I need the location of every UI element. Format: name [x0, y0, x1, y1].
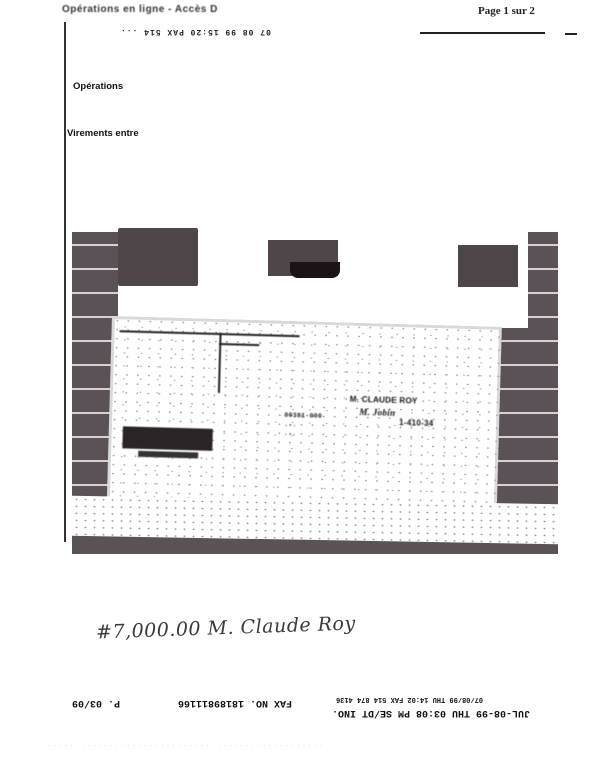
scan-artifact [290, 262, 340, 278]
fax-number: FAX NO. 18189811166 [178, 697, 292, 708]
faint-footer-text: · · · · · · · · · · · · · · · · · · · · … [48, 743, 468, 751]
section-transfers: Virements entre [67, 128, 139, 139]
handwritten-note: #7,000.00 M. Claude Roy [96, 612, 356, 643]
page-indicator: Page 1 sur 2 [478, 5, 535, 17]
check-payee: M. CLAUDE ROY [350, 395, 418, 406]
fax-secondary-line: 07/08/99 THU 14:02 FAX 514 874 4136 [336, 695, 483, 703]
account-line: ... [284, 429, 322, 439]
scan-artifact [118, 228, 198, 286]
fax-page-number: P. 03/09 [72, 697, 120, 708]
section-operations: Opérations [73, 81, 123, 92]
header-rule-short [565, 33, 577, 35]
header-rule [420, 32, 545, 34]
scan-lower-band [72, 496, 558, 544]
fax-top-transmission-line: 07 08 99 15:20 PAX 514 ... [120, 27, 271, 36]
scan-noise [72, 496, 558, 544]
scan-artifact [458, 245, 518, 287]
fax-datetime: JUL-08-99 THU 03:08 PM SE/DT INO. [332, 707, 530, 718]
bank-logo-icon [122, 426, 213, 451]
check-date: 1-410-34 [399, 418, 434, 428]
check-image: M. CLAUDE ROY M. Jobin 1-410-34 00381-00… [107, 316, 502, 517]
header-garbled-title: Opérations en ligne - Accès D [62, 4, 218, 15]
left-margin-line [64, 22, 66, 542]
check-account-numbers: 00381-000 ... ... [284, 411, 323, 439]
check-signature: M. Jobin [359, 407, 395, 418]
